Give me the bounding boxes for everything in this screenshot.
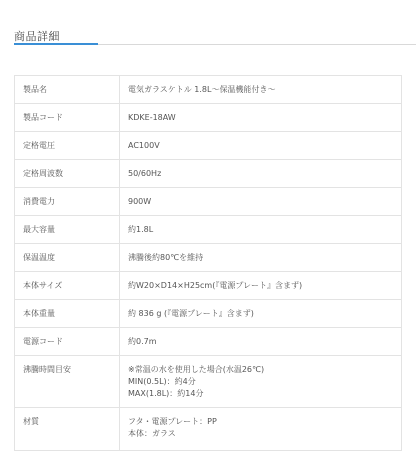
- spec-label: 沸騰時間目安: [15, 356, 120, 408]
- table-row: 最大容量 約1.8L: [15, 216, 402, 244]
- table-row: 製品コード KDKE-18AW: [15, 104, 402, 132]
- title-accent-underline: [14, 43, 98, 45]
- table-row: 本体サイズ 約W20×D14×H25cm(『電源プレート』含まず): [15, 272, 402, 300]
- spec-label: 消費電力: [15, 188, 120, 216]
- spec-value: 900W: [120, 188, 402, 216]
- table-row: 定格電圧 AC100V: [15, 132, 402, 160]
- spec-value: フタ・電源プレート：PP 本体：ガラス: [120, 408, 402, 451]
- spec-label: 定格周波数: [15, 160, 120, 188]
- table-row: 本体重量 約 836 g (『電源プレート』含まず): [15, 300, 402, 328]
- table-row: 沸騰時間目安 ※常温の水を使用した場合(水温26℃) MIN(0.5L)：約4分…: [15, 356, 402, 408]
- spec-label: 材質: [15, 408, 120, 451]
- table-row: 製品名 電気ガラスケトル 1.8L～保温機能付き～: [15, 76, 402, 104]
- spec-value: 電気ガラスケトル 1.8L～保温機能付き～: [120, 76, 402, 104]
- section-title: 商品詳細: [14, 28, 60, 44]
- spec-label: 最大容量: [15, 216, 120, 244]
- spec-label: 本体サイズ: [15, 272, 120, 300]
- spec-label: 製品コード: [15, 104, 120, 132]
- product-spec-table: 製品名 電気ガラスケトル 1.8L～保温機能付き～ 製品コード KDKE-18A…: [14, 75, 402, 451]
- spec-value: AC100V: [120, 132, 402, 160]
- spec-label: 電源コード: [15, 328, 120, 356]
- spec-label: 定格電圧: [15, 132, 120, 160]
- spec-value: 約0.7m: [120, 328, 402, 356]
- table-row: 材質 フタ・電源プレート：PP 本体：ガラス: [15, 408, 402, 451]
- table-row: 定格周波数 50/60Hz: [15, 160, 402, 188]
- spec-value: 約1.8L: [120, 216, 402, 244]
- spec-value: 50/60Hz: [120, 160, 402, 188]
- spec-value: 沸騰後約80℃を維持: [120, 244, 402, 272]
- spec-label: 本体重量: [15, 300, 120, 328]
- spec-value: 約W20×D14×H25cm(『電源プレート』含まず): [120, 272, 402, 300]
- table-row: 保温温度 沸騰後約80℃を維持: [15, 244, 402, 272]
- table-row: 消費電力 900W: [15, 188, 402, 216]
- spec-value: ※常温の水を使用した場合(水温26℃) MIN(0.5L)：約4分 MAX(1.…: [120, 356, 402, 408]
- spec-label: 製品名: [15, 76, 120, 104]
- table-row: 電源コード 約0.7m: [15, 328, 402, 356]
- spec-value: KDKE-18AW: [120, 104, 402, 132]
- spec-value: 約 836 g (『電源プレート』含まず): [120, 300, 402, 328]
- spec-label: 保温温度: [15, 244, 120, 272]
